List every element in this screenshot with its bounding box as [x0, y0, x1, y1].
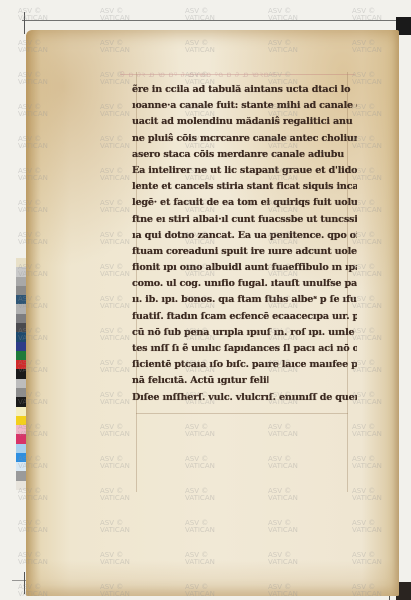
- watermark: ASV ©VATICAN: [18, 552, 48, 566]
- text-line: como. ul cog. unıfio fugal. ıtauſt unulf…: [132, 276, 357, 292]
- watermark: ASV ©VATICAN: [100, 104, 130, 118]
- text-line: fionit ıpı oıno albuidl aunt fuaeffibulo…: [132, 260, 357, 276]
- watermark: ASV ©VATICAN: [100, 552, 130, 566]
- watermark: ASV ©VATICAN: [352, 40, 382, 54]
- watermark: ASV ©VATICAN: [100, 328, 130, 342]
- watermark: ASV ©VATICAN: [352, 104, 382, 118]
- watermark: ASV ©VATICAN: [185, 264, 215, 278]
- watermark: ASV ©VATICAN: [185, 392, 215, 406]
- watermark: ASV ©VATICAN: [18, 104, 48, 118]
- watermark: ASV ©VATICAN: [185, 456, 215, 470]
- watermark: ASV ©VATICAN: [352, 456, 382, 470]
- watermark: ASV ©VATICAN: [352, 8, 382, 22]
- manuscript-text-block: ẽre in ccila ad tabulă aintans ucta dtac…: [132, 82, 357, 406]
- watermark: ASV ©VATICAN: [352, 488, 382, 502]
- watermark: ASV ©VATICAN: [352, 232, 382, 246]
- watermark: ASV ©VATICAN: [268, 520, 298, 534]
- watermark: ASV ©VATICAN: [100, 8, 130, 22]
- watermark: ASV ©VATICAN: [352, 424, 382, 438]
- color-swatch: [16, 471, 26, 480]
- watermark: ASV ©VATICAN: [268, 296, 298, 310]
- text-line: nā felıcıtā. Actū ıgıtur feliǀ: [132, 373, 357, 389]
- watermark: ASV ©VATICAN: [268, 40, 298, 54]
- watermark: ASV ©VATICAN: [18, 136, 48, 150]
- text-line: ıoanne·a canale fuit: stante mihi ad can…: [132, 98, 357, 114]
- watermark: ASV ©VATICAN: [100, 168, 130, 182]
- watermark: ASV ©VATICAN: [352, 168, 382, 182]
- watermark: ASV ©VATICAN: [268, 424, 298, 438]
- text-line: ne pluiŝ cōis mcrcanre canale antec chol…: [132, 131, 357, 147]
- watermark: ASV ©VATICAN: [185, 168, 215, 182]
- watermark: ASV ©VATICAN: [268, 8, 298, 22]
- text-line: ftne eı stiri albai·ıl cunt fuacssbe ut …: [132, 212, 357, 228]
- watermark: ASV ©VATICAN: [352, 584, 382, 598]
- watermark: ASV ©VATICAN: [185, 328, 215, 342]
- watermark: ASV ©VATICAN: [268, 264, 298, 278]
- watermark: ASV ©VATICAN: [268, 136, 298, 150]
- watermark: ASV ©VATICAN: [185, 552, 215, 566]
- watermark: ASV ©VATICAN: [100, 392, 130, 406]
- watermark: ASV ©VATICAN: [185, 8, 215, 22]
- watermark: ASV ©VATICAN: [100, 488, 130, 502]
- text-line: fuatiſ. ftadın ſcam ecfencē ecaacecıpa u…: [132, 309, 357, 325]
- ruling-frame-bottom: [136, 413, 348, 414]
- watermark: ASV ©VATICAN: [268, 328, 298, 342]
- watermark: ASV ©VATICAN: [100, 360, 130, 374]
- watermark: ASV ©VATICAN: [18, 584, 48, 598]
- watermark: ASV ©VATICAN: [18, 8, 48, 22]
- watermark: ASV ©VATICAN: [18, 264, 48, 278]
- watermark: ASV ©VATICAN: [352, 392, 382, 406]
- watermark: ASV ©VATICAN: [100, 424, 130, 438]
- watermark: ASV ©VATICAN: [100, 40, 130, 54]
- watermark: ASV ©VATICAN: [352, 360, 382, 374]
- watermark: ASV ©VATICAN: [18, 392, 48, 406]
- watermark: ASV ©VATICAN: [18, 424, 48, 438]
- text-line: cū nō ſub pena urıpla ıpıuſ ın. roſ ıpı.…: [132, 325, 357, 341]
- watermark: ASV ©VATICAN: [18, 360, 48, 374]
- watermark: ASV ©VATICAN: [18, 328, 48, 342]
- watermark: ASV ©VATICAN: [185, 104, 215, 118]
- watermark: ASV ©VATICAN: [185, 520, 215, 534]
- watermark: ASV ©VATICAN: [268, 488, 298, 502]
- color-swatch: [16, 314, 26, 323]
- watermark: ASV ©VATICAN: [185, 584, 215, 598]
- color-swatch: [16, 286, 26, 295]
- watermark: ASV ©VATICAN: [18, 488, 48, 502]
- watermark: ASV ©VATICAN: [100, 296, 130, 310]
- watermark: ASV ©VATICAN: [100, 264, 130, 278]
- watermark: ASV ©VATICAN: [268, 584, 298, 598]
- watermark: ASV ©VATICAN: [268, 72, 298, 86]
- text-line: ıa qui dotno zancat. Ea ua penitence. qp…: [132, 228, 357, 244]
- watermark: ASV ©VATICAN: [100, 200, 130, 214]
- watermark: ASV ©VATICAN: [268, 168, 298, 182]
- color-swatch: [16, 342, 26, 351]
- text-line: legē· et facuit de ea tom ei quiriqs fui…: [132, 195, 357, 211]
- text-line: asero staca cōis merdanre canale adiubu: [132, 147, 357, 163]
- watermark: ASV ©VATICAN: [18, 296, 48, 310]
- watermark: ASV ©VATICAN: [268, 200, 298, 214]
- watermark: ASV ©VATICAN: [352, 552, 382, 566]
- watermark: ASV ©VATICAN: [18, 456, 48, 470]
- watermark: ASV ©VATICAN: [185, 72, 215, 86]
- watermark: ASV ©VATICAN: [352, 296, 382, 310]
- watermark: ASV ©VATICAN: [100, 72, 130, 86]
- watermark: ASV ©VATICAN: [352, 264, 382, 278]
- text-line: tes ınſſ ſı ẽ unılıc ſapıdances ſl pacı …: [132, 341, 357, 357]
- text-line: ıı. ib. ıpı. bonos. qıa ftam ſtıhs albeˢ…: [132, 292, 357, 308]
- text-line: uacit ad molendinu mădaniŝ regalitici an…: [132, 114, 357, 130]
- watermark: ASV ©VATICAN: [185, 40, 215, 54]
- watermark: ASV ©VATICAN: [100, 456, 130, 470]
- color-swatch: [16, 379, 26, 388]
- watermark: ASV ©VATICAN: [268, 552, 298, 566]
- watermark: ASV ©VATICAN: [352, 136, 382, 150]
- watermark: ASV ©VATICAN: [185, 424, 215, 438]
- watermark: ASV ©VATICAN: [185, 136, 215, 150]
- watermark: ASV ©VATICAN: [352, 200, 382, 214]
- text-line: lente et cancels stiria stant ficat siqu…: [132, 179, 357, 195]
- watermark: ASV ©VATICAN: [268, 232, 298, 246]
- watermark: ASV ©VATICAN: [185, 232, 215, 246]
- rubric-bleedthrough: Ꝯ ꝑ ∂ꝛ ꝓ ꝕ ꝑꝰ ∂ ꝓꝛꝕꝑ ꝰꝯ ꝑ ∂ ꝓ ꝕꝛꝑ ꝰ: [120, 69, 350, 77]
- watermark: ASV ©VATICAN: [100, 584, 130, 598]
- watermark: ASV ©VATICAN: [352, 520, 382, 534]
- watermark: ASV ©VATICAN: [185, 296, 215, 310]
- watermark: ASV ©VATICAN: [268, 360, 298, 374]
- watermark: ASV ©VATICAN: [18, 168, 48, 182]
- watermark: ASV ©VATICAN: [100, 136, 130, 150]
- text-line: ẽre in ccila ad tabulă aintans ucta dtac…: [132, 82, 357, 98]
- watermark: ASV ©VATICAN: [268, 104, 298, 118]
- color-swatch: [16, 444, 26, 453]
- watermark: ASV ©VATICAN: [268, 456, 298, 470]
- text-line: ftuam coreaduni spuit ire ıuıre adcunt u…: [132, 244, 357, 260]
- watermark: ASV ©VATICAN: [352, 328, 382, 342]
- color-swatch: [16, 407, 26, 416]
- watermark: ASV ©VATICAN: [185, 360, 215, 374]
- watermark: ASV ©VATICAN: [18, 72, 48, 86]
- watermark: ASV ©VATICAN: [100, 520, 130, 534]
- watermark: ASV ©VATICAN: [352, 72, 382, 86]
- text-line: ſicientē ptcaıa ıſo bıſc. paıre laıce ma…: [132, 357, 357, 373]
- text-line: Ea intelirer ne ut lic stapant graue et …: [132, 163, 357, 179]
- watermark: ASV ©VATICAN: [100, 232, 130, 246]
- watermark: ASV ©VATICAN: [185, 200, 215, 214]
- watermark: ASV ©VATICAN: [18, 40, 48, 54]
- watermark: ASV ©VATICAN: [18, 200, 48, 214]
- text-line: Dıſee ınſſherſ. vulc. vlulcrıſ. enıınıſſ…: [132, 390, 357, 406]
- watermark: ASV ©VATICAN: [18, 520, 48, 534]
- watermark: ASV ©VATICAN: [268, 392, 298, 406]
- watermark: ASV ©VATICAN: [185, 488, 215, 502]
- watermark: ASV ©VATICAN: [18, 232, 48, 246]
